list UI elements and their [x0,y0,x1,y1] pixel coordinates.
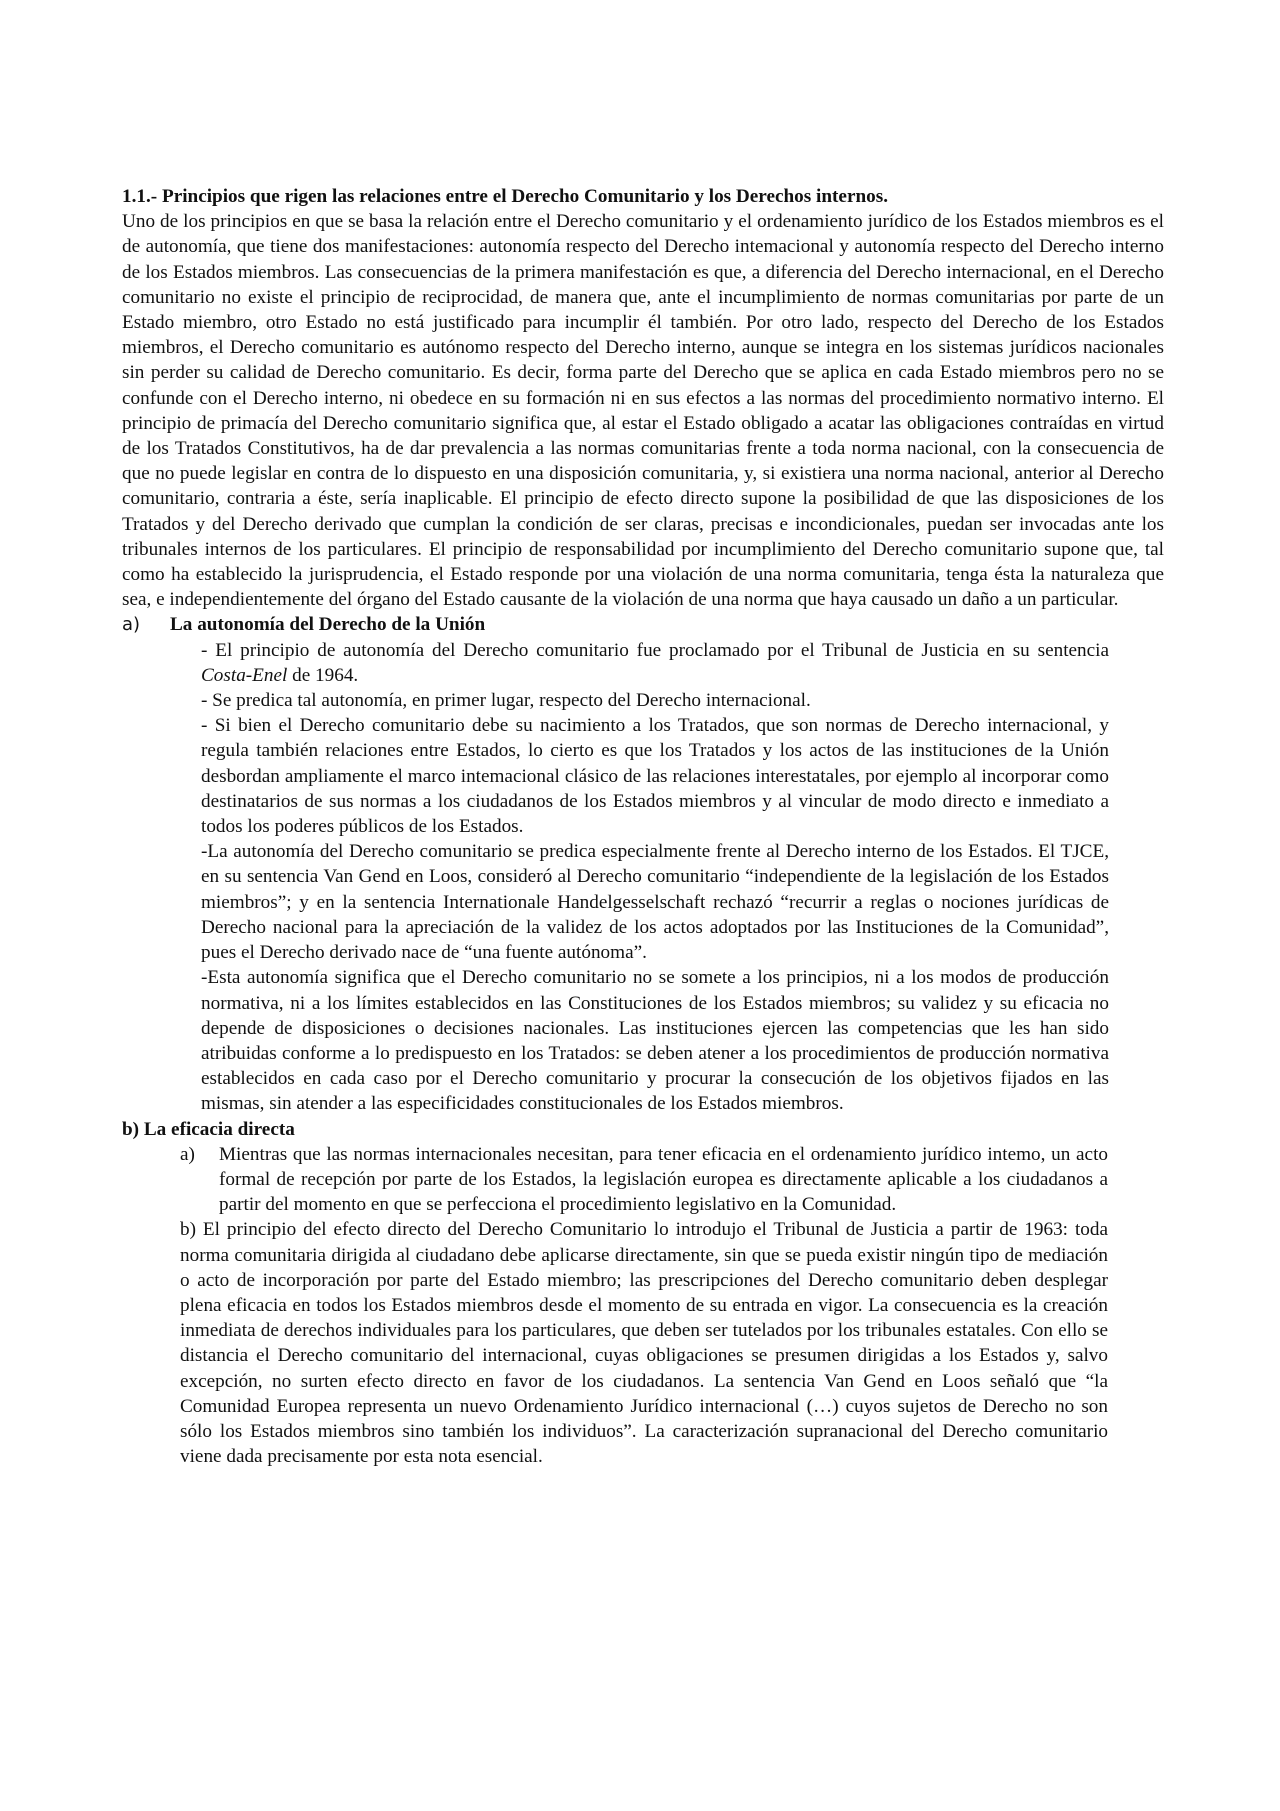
autonomy-item-2: - Se predica tal autonomía, en primer lu… [201,688,1109,713]
subsection-a-heading: a) La autonomía del Derecho de la Unión [122,612,1164,637]
section-title: 1.1.- Principios que rigen las relacione… [122,184,1164,209]
eficacia-item-a: a) Mientras que las normas internacional… [180,1142,1108,1218]
subsection-b-heading: b) La eficacia directa [122,1117,1164,1142]
autonomy-item-4: -La autonomía del Derecho comunitario se… [201,839,1109,965]
list-marker: a) [122,612,140,637]
autonomy-item-3: - Si bien el Derecho comunitario debe su… [201,713,1109,839]
subsection-a-content: - El principio de autonomía del Derecho … [201,638,1109,1117]
subsection-a-title: La autonomía del Derecho de la Unión [170,614,485,635]
eficacia-item-a-text: Mientras que las normas internacionales … [219,1142,1108,1218]
subsection-b-content: a) Mientras que las normas internacional… [180,1142,1108,1470]
list-marker: a) [180,1142,195,1167]
autonomy-item-5: -Esta autonomía significa que el Derecho… [201,965,1109,1116]
case-name-italic: Costa-Enel [201,665,287,686]
autonomy-item-1-text: - El principio de autonomía del Derecho … [201,640,1109,661]
document-page: 1.1.- Principios que rigen las relacione… [122,184,1164,1469]
intro-paragraph: Uno de los principios en que se basa la … [122,209,1164,612]
eficacia-item-b: b) El principio del efecto directo del D… [180,1217,1108,1469]
autonomy-item-1: - El principio de autonomía del Derecho … [201,638,1109,688]
autonomy-item-1-tail: de 1964. [287,665,358,686]
